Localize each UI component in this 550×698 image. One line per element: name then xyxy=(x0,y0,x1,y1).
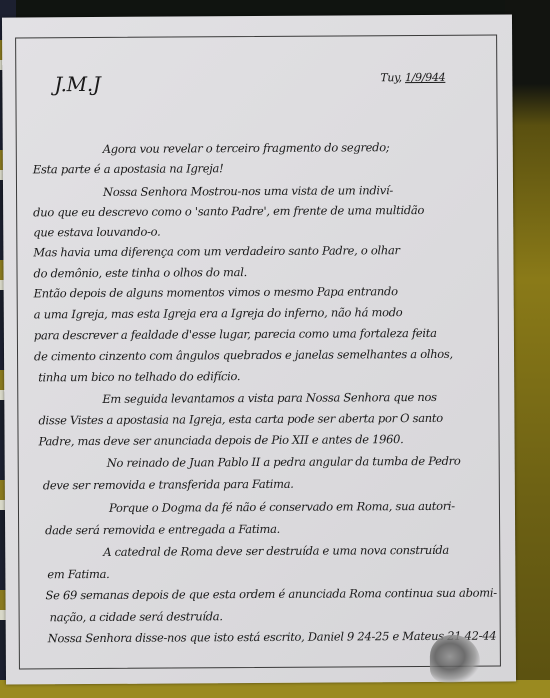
letter-line: Se 69 semanas depois de que esta ordem é… xyxy=(45,586,496,603)
letter-line: tinha um bico no telhado do edifício. xyxy=(38,369,240,384)
letter-line: que estava louvando-o. xyxy=(33,225,160,240)
letter-line: Padre, mas deve ser anunciada depois de … xyxy=(39,432,404,448)
letter-line: A catedral de Roma deve ser destruída e … xyxy=(103,543,449,559)
letter-line: a uma Igreja, mas esta Igreja era a Igre… xyxy=(34,305,403,321)
letter-line: Nossa Senhora disse-nos que isto está es… xyxy=(48,629,497,646)
letter-line: dade será removida e entregada a Fatima. xyxy=(45,522,280,537)
letter-date: Tuy, 1/9/944 xyxy=(380,71,445,84)
letter-line: em Fatima. xyxy=(47,567,109,581)
letter-paper: J.M.J Tuy, 1/9/944 Agora vou revelar o t… xyxy=(2,14,516,684)
letter-line: deve ser removida e transferida para Fat… xyxy=(43,477,294,493)
letter-line: Agora vou revelar o terceiro fragmento d… xyxy=(103,140,390,156)
letter-line: do demônio, este tinha o olhos do mal. xyxy=(33,265,246,280)
letter-initials: J.M.J xyxy=(54,72,100,96)
date-prefix: Tuy, xyxy=(380,71,402,84)
letter-line: Em seguida levantamos a vista para Nossa… xyxy=(102,390,437,406)
letter-line: para descrever a fealdade d'esse lugar, … xyxy=(34,326,437,342)
letter-line: Nossa Senhora Mostrou-nos uma vista de u… xyxy=(103,183,393,199)
letter-line: No reinado de Juan Pablo II a pedra angu… xyxy=(107,454,461,470)
letter-line: nação, a cidade será destruída. xyxy=(50,609,223,624)
letter-line: Então depois de alguns momentos vimos o … xyxy=(34,284,398,300)
date-value: 1/9/944 xyxy=(405,71,445,84)
letter-line: Porque o Dogma da fé não é conservado em… xyxy=(109,499,455,515)
letter-line: de cimento cinzento com ângulos quebrado… xyxy=(34,347,453,364)
letter-line: duo que eu descrevo como o 'santo Padre'… xyxy=(33,203,424,219)
letter-line: Mas havia uma diferença com um verdadeir… xyxy=(33,243,399,259)
letter-line: disse Vistes a apostasia na Igreja, esta… xyxy=(38,411,442,427)
letter-line: Esta parte é a apostasia na Igreja! xyxy=(33,161,224,176)
